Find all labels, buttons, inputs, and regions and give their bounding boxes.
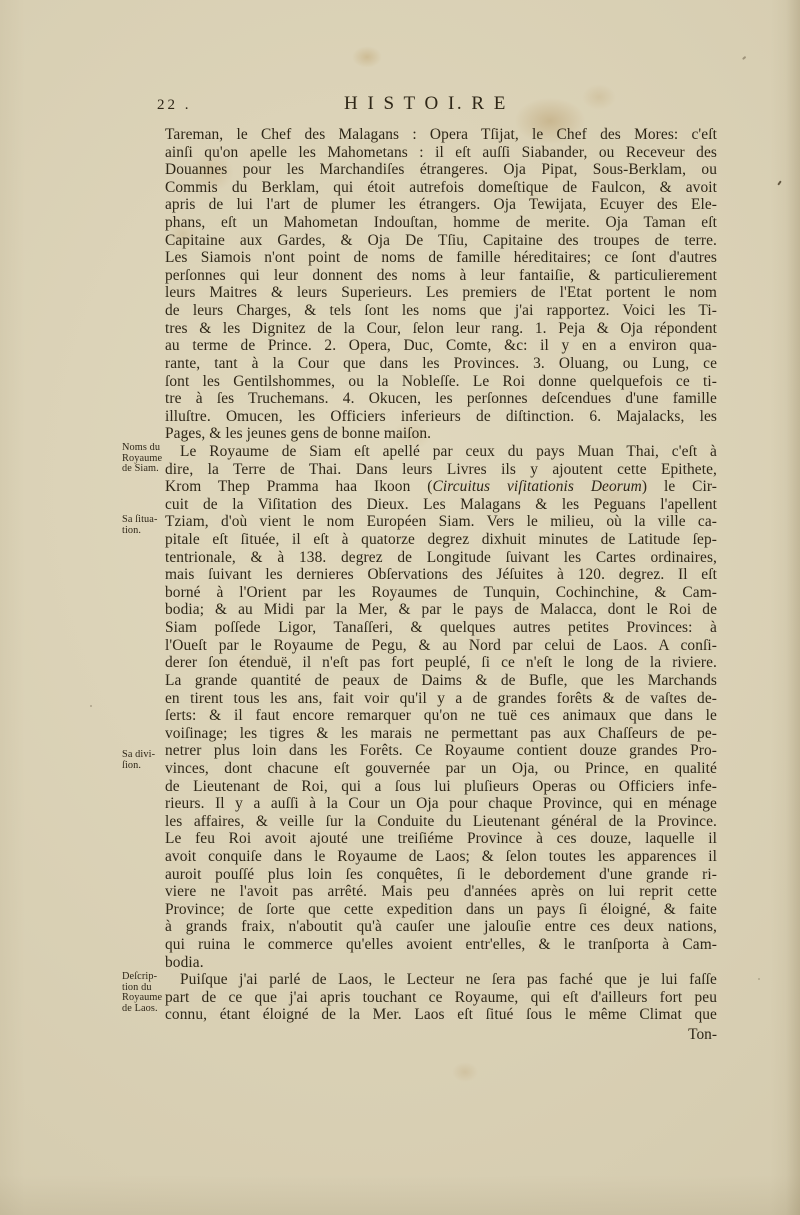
text-line: ainſi qu'on apelle les Mahometans : il e… [165,144,717,162]
text-line: tentrionale, & à 138. degrez de Longitud… [165,549,717,567]
text-line: Douannes pour les Marchandiſes étrangere… [165,161,717,179]
text-line: Tareman, le Chef des Malagans : Opera Tſ… [165,126,717,144]
text-line: La grande quantité de peaux de Daims & d… [165,672,717,690]
text-line: dire, la Terre de Thai. Dans leurs Livre… [165,461,717,479]
text-line: Commis du Berklam, qui étoit autrefois d… [165,179,717,197]
text-line: Les Siamois n'ont point de noms de famil… [165,249,717,267]
running-title: H I S T O I. R E [344,93,508,115]
text-line: les affaires, & veille ſur la Conduite d… [165,813,717,831]
text-line: netrer plus loin dans les Forêts. Ce Roy… [165,742,717,760]
text-line: mais ſuivant les dernieres Obſervations … [165,566,717,584]
ink-speck [90,705,92,707]
text-line: derer ſon étenduë, il n'eſt pas fort peu… [165,654,717,672]
scanned-book-page: 22 . H I S T O I. R E Tareman, le Chef d… [0,0,800,1215]
paper-stain [452,1062,478,1082]
text-line: pitale eſt ſituée, il eſt à quatorze deg… [165,531,717,549]
page-number: 22 . [157,97,192,114]
text-line: Tziam, d'où vient le nom Européen Siam. … [165,513,717,531]
text-line: de leurs Charges, & tels ſont les noms q… [165,302,717,320]
text-line: l'Oueſt par le Royaume de Pegu, & au Nor… [165,637,717,655]
text-segment: Krom Thep Pramma haa Ikoon ( [165,478,432,495]
text-line: cuit de la Viſitation des Dieux. Les Mal… [165,496,717,514]
text-line: tres & les Dignitez de la Cour, ſelon le… [165,320,717,338]
ink-speck [758,978,760,980]
text-line: au terme de Prince. 2. Opera, Duc, Comte… [165,337,717,355]
text-line: vinces, dont chacune eſt gouvernée par u… [165,760,717,778]
latin-italic-phrase: Circuitus viſitationis Deorum [432,478,641,495]
margin-note-sa-situation: Sa ſitua- tion. [122,515,184,536]
text-line: Le Royaume de Siam eſt apellé par ceux d… [165,443,717,461]
paper-stain [582,84,616,110]
text-line: phans, eſt un Mahometan Indouſtan, homme… [165,214,717,232]
text-line: Capitaine aux Gardes, & Oja De Tſiu, Cap… [165,232,717,250]
text-line: à grands fraix, n'aboutit qu'à cauſer un… [165,918,717,936]
text-line: part de ce que j'ai apris touchant ce Ro… [165,989,717,1007]
text-line: tre à ſes Truchemans. 4. Okucen, les per… [165,390,717,408]
text-line: perſonnes qui leur donnent des noms à le… [165,267,717,285]
text-line: ſont les Gentilshommes, ou la Nobleſſe. … [165,373,717,391]
text-line: Pages, & les jeunes gens de bonne maiſon… [165,425,717,443]
ink-speck [777,180,782,185]
ink-speck [742,56,746,60]
text-line: leurs Maitres & leurs Superieurs. Les pr… [165,284,717,302]
text-line: viere ne l'avoit pas arrêté. Mais peu d'… [165,883,717,901]
text-line: avoit conquiſe dans le Royaume de Laos; … [165,848,717,866]
text-line: bodia. [165,954,717,972]
text-line: ſerts: & il faut encore remarquer qu'on … [165,707,717,725]
text-segment: ) le Cir- [642,478,717,495]
text-line: connu, étant éloigné de la Mer. Laos eſt… [165,1006,717,1024]
margin-note-noms-du-royaume: Noms du Royaume de Siam. [122,443,184,475]
text-line: voiſinage; les tigres & les marais ne pe… [165,725,717,743]
paper-stain [352,46,382,68]
text-line: illuſtre. Omucen, les Officiers inferieu… [165,408,717,426]
text-line: rante, tant à la Cour que dans les Provi… [165,355,717,373]
text-line: qui ruina le commerce qu'elles avoient e… [165,936,717,954]
text-line: bodia; & au Midi par la Mer, & par le pa… [165,601,717,619]
text-line: borné à l'Orient par les Royaumes de Tun… [165,584,717,602]
margin-note-description-laos: Deſcrip- tion du Royaume de Laos. [122,972,184,1014]
text-line: rieurs. Il y a auſſi à la Cour un Oja po… [165,795,717,813]
text-line: Le feu Roi avoit ajouté une treiſiéme Pr… [165,830,717,848]
margin-note-sa-division: Sa divi- ſion. [122,750,184,771]
text-line: en tirent tous les ans, fait voir qu'il … [165,690,717,708]
body-text: Tareman, le Chef des Malagans : Opera Tſ… [165,126,717,1024]
text-line: de Lieutenant de Roi, qui a ſous lui plu… [165,778,717,796]
text-line: auroit pouſſé plus loin ſes conquêtes, ſ… [165,866,717,884]
text-line: Puiſque j'ai parlé de Laos, le Lecteur n… [165,971,717,989]
text-line: Province; de ſorte que cette expedition … [165,901,717,919]
text-line: Krom Thep Pramma haa Ikoon (Circuitus vi… [165,478,717,496]
text-line: Siam poſſede Ligor, Tanaſſeri, & quelque… [165,619,717,637]
catchword: Ton- [165,1026,717,1044]
text-line: apris de lui l'art de plumer les étrange… [165,196,717,214]
